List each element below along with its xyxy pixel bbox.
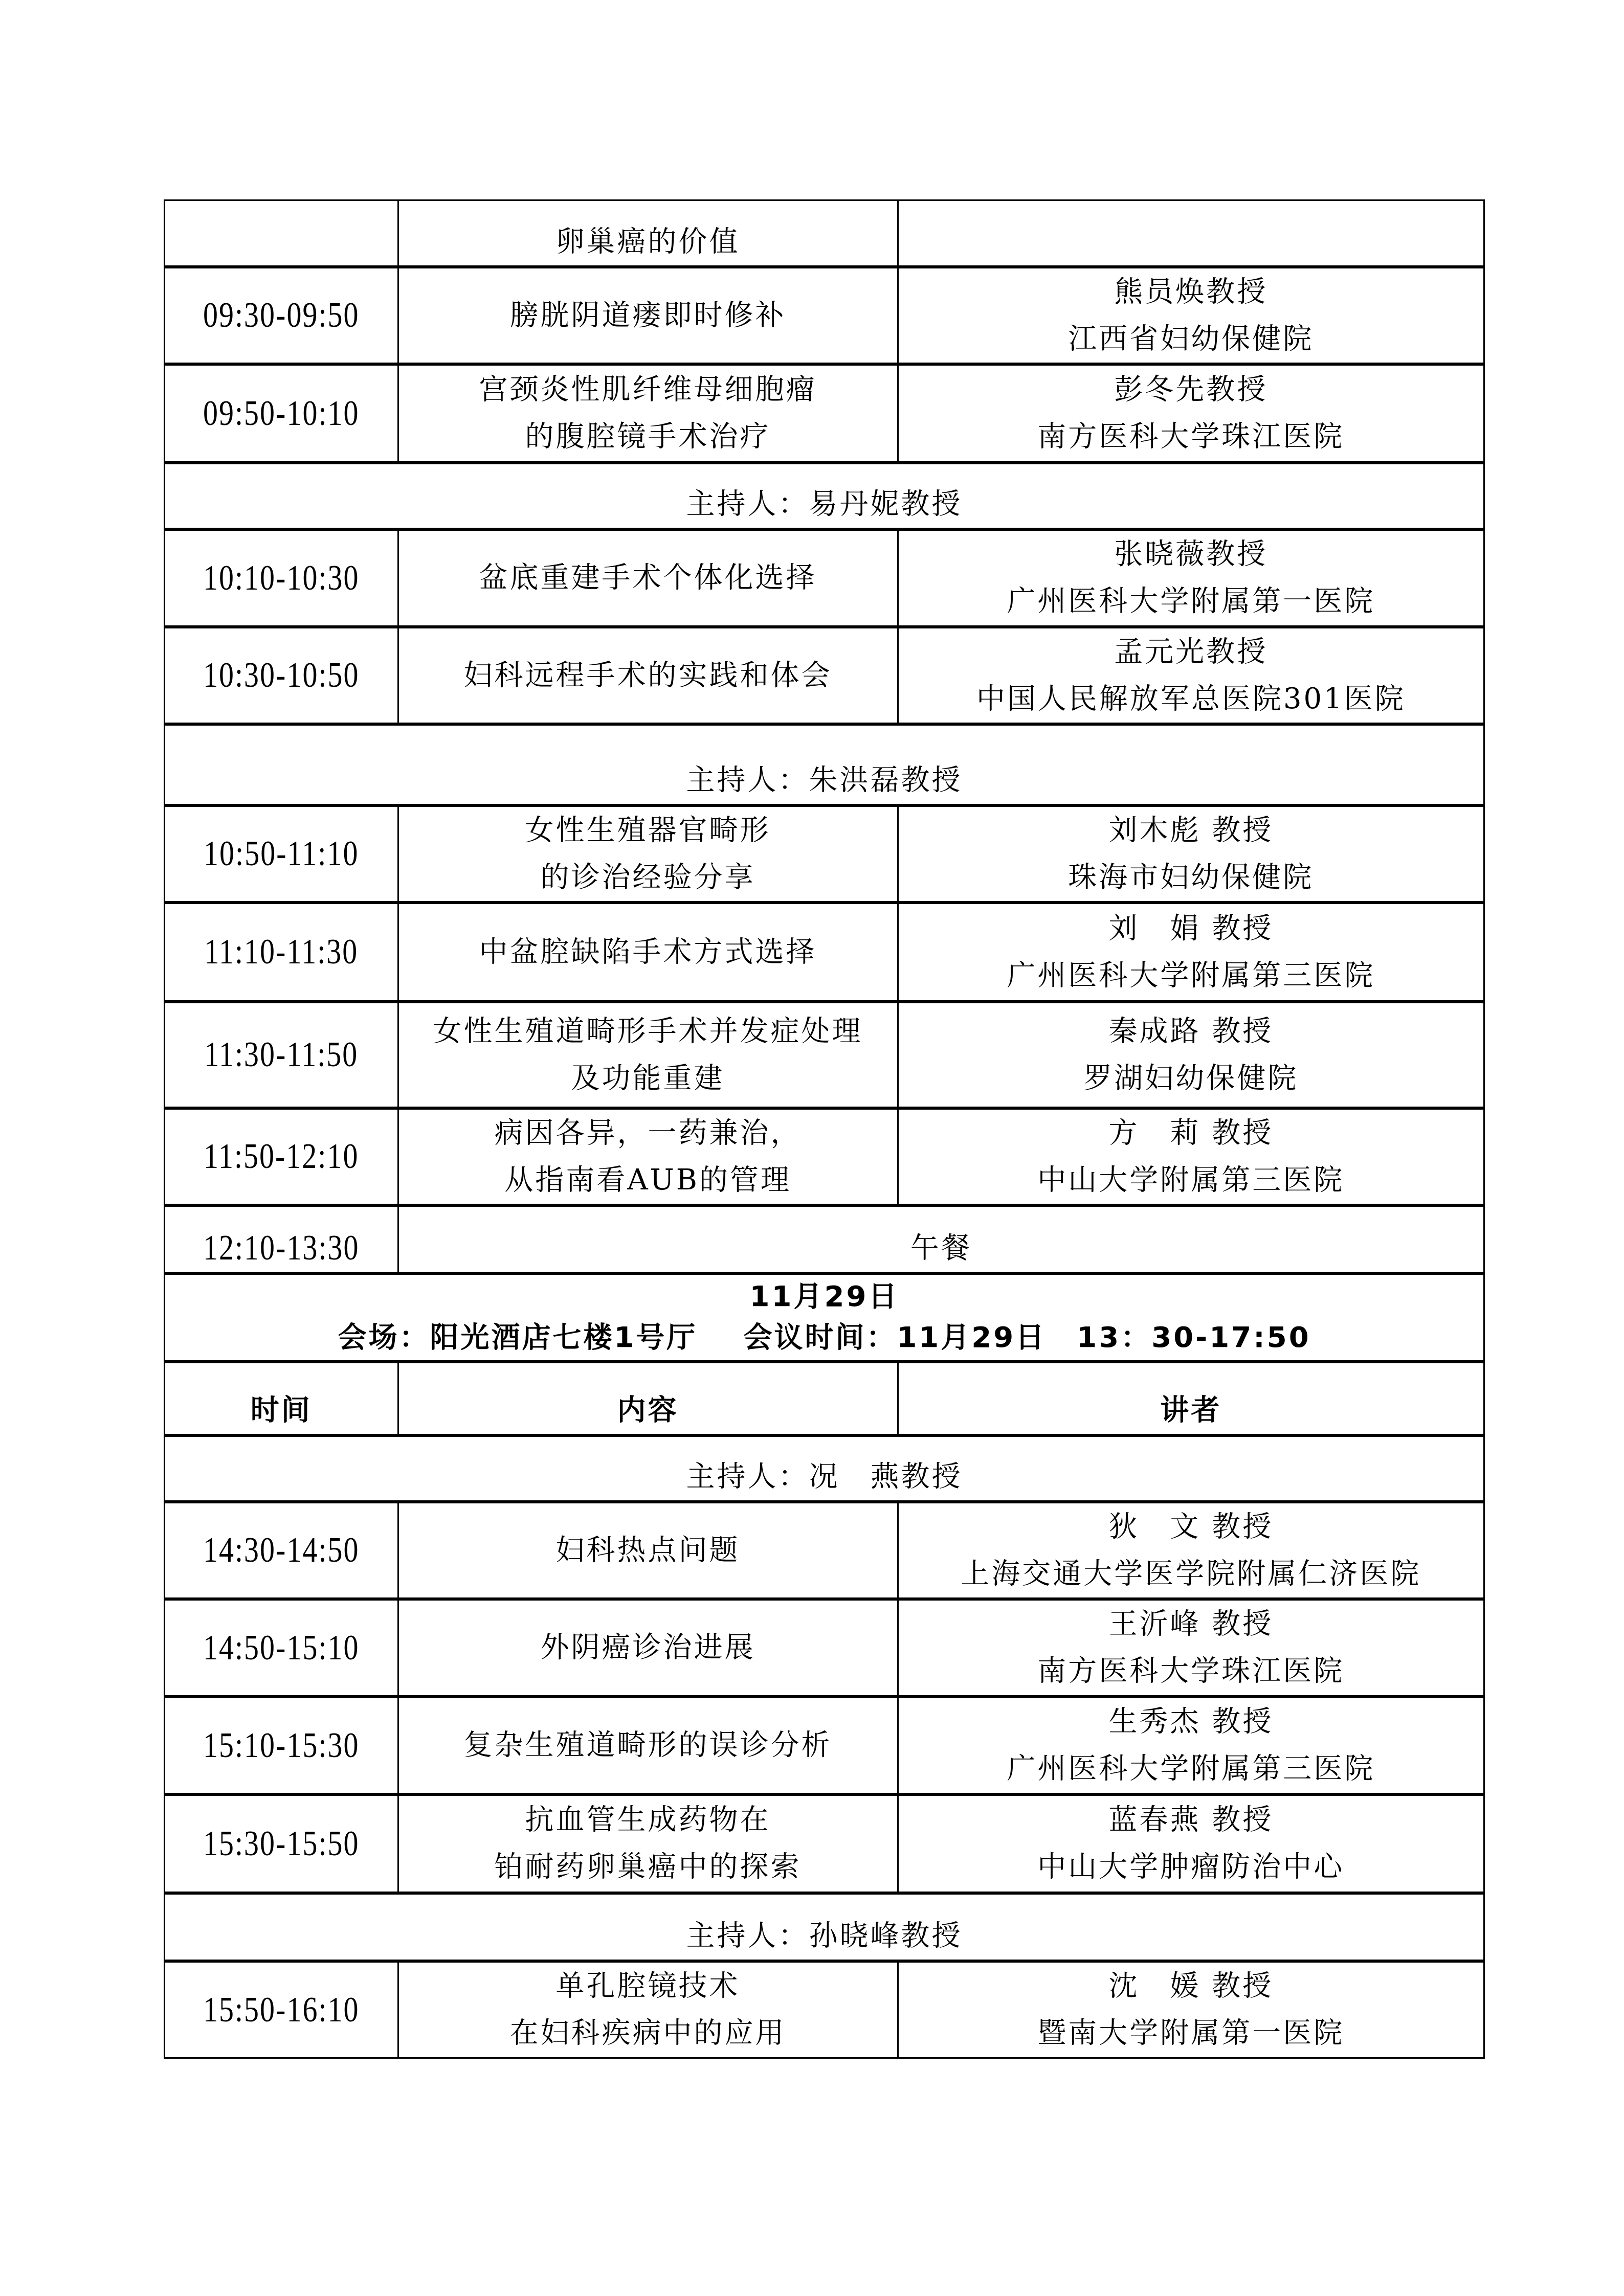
topic-text: 宫颈炎性肌纤维母细胞瘤 <box>399 366 897 413</box>
lunch-label: 午餐 <box>910 1231 972 1265</box>
speaker-name: 熊员焕教授 <box>899 268 1483 316</box>
speaker-affiliation: 中山大学肿瘤防治中心 <box>899 1843 1483 1890</box>
table-row: 15:10-15:30 复杂生殖道畸形的误诊分析 生秀杰 教授广州医科大学附属第… <box>165 1697 1484 1794</box>
speaker-name: 孟元光教授 <box>899 628 1483 676</box>
table-row: 11:10-11:30 中盆腔缺陷手术方式选择 刘 娟 教授广州医科大学附属第三… <box>165 903 1484 1002</box>
topic-cell: 复杂生殖道畸形的误诊分析 <box>398 1697 898 1794</box>
topic-text: 妇科远程手术的实践和体会 <box>399 652 897 699</box>
speaker-name: 刘木彪 教授 <box>899 807 1483 854</box>
speaker-affiliation: 广州医科大学附属第三医院 <box>899 1745 1483 1792</box>
speaker-cell: 生秀杰 教授广州医科大学附属第三医院 <box>898 1697 1484 1794</box>
speaker-affiliation: 南方医科大学珠江医院 <box>899 413 1483 460</box>
time-text: 15:30-15:50 <box>203 1815 360 1871</box>
column-header-label: 内容 <box>617 1393 679 1427</box>
chair-cell: 主持人：易丹妮教授 <box>165 463 1484 529</box>
time-text: 09:50-10:10 <box>203 385 360 441</box>
topic-text: 妇科热点问题 <box>399 1527 897 1574</box>
table-row: 09:50-10:10 宫颈炎性肌纤维母细胞瘤的腹腔镜手术治疗 彭冬先教授南方医… <box>165 364 1484 463</box>
time-cell: 11:30-11:50 <box>165 1002 398 1108</box>
speaker-cell <box>898 200 1484 267</box>
table-row: 10:50-11:10 女性生殖器官畸形的诊治经验分享 刘木彪 教授珠海市妇幼保… <box>165 805 1484 903</box>
topic-text: 从指南看AUB的管理 <box>399 1157 897 1204</box>
table-row: 11:30-11:50 女性生殖道畸形手术并发症处理及功能重建 秦成路 教授罗湖… <box>165 1002 1484 1108</box>
time-text: 14:30-14:50 <box>203 1522 360 1578</box>
topic-text: 单孔腔镜技术 <box>399 1963 897 2010</box>
topic-cell: 妇科热点问题 <box>398 1502 898 1599</box>
speaker-affiliation: 罗湖妇幼保健院 <box>899 1055 1483 1102</box>
venue-label: 会场：阳光酒店七楼1号厅 <box>338 1321 697 1354</box>
topic-text: 复杂生殖道畸形的误诊分析 <box>399 1722 897 1769</box>
speaker-cell: 方 莉 教授中山大学附属第三医院 <box>898 1108 1484 1205</box>
topic-text: 病因各异，一药兼治， <box>399 1110 897 1157</box>
speaker-affiliation: 珠海市妇幼保健院 <box>899 854 1483 901</box>
column-header-speaker: 讲者 <box>898 1362 1484 1435</box>
column-header-time: 时间 <box>165 1362 398 1435</box>
chair-row: 主持人：易丹妮教授 <box>165 463 1484 529</box>
topic-cell: 抗血管生成药物在铂耐药卵巢癌中的探索 <box>398 1794 898 1893</box>
topic-text: 女性生殖器官畸形 <box>399 807 897 854</box>
table-row: 14:50-15:10 外阴癌诊治进展 王沂峰 教授南方医科大学珠江医院 <box>165 1599 1484 1697</box>
speaker-name: 刘 娟 教授 <box>899 905 1483 952</box>
speaker-name: 王沂峰 教授 <box>899 1601 1483 1648</box>
chair-row: 主持人：朱洪磊教授 <box>165 724 1484 805</box>
session-chair: 主持人：况 燕教授 <box>686 1460 963 1493</box>
column-header-row: 时间 内容 讲者 <box>165 1362 1484 1435</box>
speaker-cell: 熊员焕教授江西省妇幼保健院 <box>898 267 1484 364</box>
topic-text: 外阴癌诊治进展 <box>399 1624 897 1671</box>
table-row: 10:10-10:30 盆底重建手术个体化选择 张晓薇教授广州医科大学附属第一医… <box>165 529 1484 627</box>
topic-text: 在妇科疾病中的应用 <box>399 2010 897 2057</box>
time-text: 09:30-09:50 <box>203 287 360 343</box>
time-text: 11:10-11:30 <box>204 924 358 980</box>
day-header-row: 11月29日 会场：阳光酒店七楼1号厅会议时间：11月29日 13：30-17:… <box>165 1273 1484 1362</box>
time-cell: 10:50-11:10 <box>165 805 398 903</box>
time-text: 12:10-13:30 <box>203 1219 360 1275</box>
column-header-label: 时间 <box>251 1393 312 1427</box>
topic-text: 女性生殖道畸形手术并发症处理 <box>399 1008 897 1055</box>
speaker-cell: 王沂峰 教授南方医科大学珠江医院 <box>898 1599 1484 1697</box>
speaker-affiliation: 中国人民解放军总医院301医院 <box>899 676 1483 723</box>
session-chair: 主持人：孙晓峰教授 <box>686 1919 963 1952</box>
time-cell: 11:10-11:30 <box>165 903 398 1002</box>
speaker-name: 生秀杰 教授 <box>899 1698 1483 1745</box>
speaker-affiliation: 中山大学附属第三医院 <box>899 1157 1483 1204</box>
lunch-cell: 午餐 <box>398 1205 1484 1273</box>
time-cell <box>165 200 398 267</box>
table-row: 15:30-15:50 抗血管生成药物在铂耐药卵巢癌中的探索 蓝春燕 教授中山大… <box>165 1794 1484 1893</box>
speaker-affiliation: 广州医科大学附属第三医院 <box>899 952 1483 999</box>
table-row: 14:30-14:50 妇科热点问题 狄 文 教授上海交通大学医学院附属仁济医院 <box>165 1502 1484 1599</box>
table-row: 10:30-10:50 妇科远程手术的实践和体会 孟元光教授中国人民解放军总医院… <box>165 627 1484 724</box>
time-text: 14:50-15:10 <box>203 1619 360 1675</box>
topic-text: 及功能重建 <box>399 1055 897 1102</box>
speaker-affiliation: 江西省妇幼保健院 <box>899 316 1483 363</box>
topic-cell: 妇科远程手术的实践和体会 <box>398 627 898 724</box>
time-cell: 15:10-15:30 <box>165 1697 398 1794</box>
schedule-table: 卵巢癌的价值 09:30-09:50 膀胱阴道瘘即时修补 熊员焕教授江西省妇幼保… <box>164 199 1485 2059</box>
speaker-cell: 蓝春燕 教授中山大学肿瘤防治中心 <box>898 1794 1484 1893</box>
time-cell: 14:30-14:50 <box>165 1502 398 1599</box>
speaker-name: 秦成路 教授 <box>899 1008 1483 1055</box>
topic-cell: 单孔腔镜技术在妇科疾病中的应用 <box>398 1961 898 2058</box>
speaker-name: 张晓薇教授 <box>899 531 1483 578</box>
topic-text: 铂耐药卵巢癌中的探索 <box>399 1843 897 1890</box>
time-cell: 09:30-09:50 <box>165 267 398 364</box>
speaker-cell: 孟元光教授中国人民解放军总医院301医院 <box>898 627 1484 724</box>
speaker-cell: 狄 文 教授上海交通大学医学院附属仁济医院 <box>898 1502 1484 1599</box>
chair-row: 主持人：况 燕教授 <box>165 1435 1484 1502</box>
time-cell: 09:50-10:10 <box>165 364 398 463</box>
speaker-name: 彭冬先教授 <box>899 366 1483 413</box>
session-time-label: 会议时间：11月29日 13：30-17:50 <box>743 1321 1310 1354</box>
session-chair: 主持人：易丹妮教授 <box>686 487 963 521</box>
speaker-cell: 刘 娟 教授广州医科大学附属第三医院 <box>898 903 1484 1002</box>
speaker-cell: 秦成路 教授罗湖妇幼保健院 <box>898 1002 1484 1108</box>
column-header-content: 内容 <box>398 1362 898 1435</box>
session-chair: 主持人：朱洪磊教授 <box>686 763 963 797</box>
time-cell: 12:10-13:30 <box>165 1205 398 1273</box>
speaker-affiliation: 南方医科大学珠江医院 <box>899 1648 1483 1695</box>
time-text: 15:10-15:30 <box>203 1717 360 1773</box>
chair-row: 主持人：孙晓峰教授 <box>165 1893 1484 1961</box>
table-row: 卵巢癌的价值 <box>165 200 1484 267</box>
topic-text: 的腹腔镜手术治疗 <box>399 413 897 460</box>
speaker-name: 狄 文 教授 <box>899 1503 1483 1550</box>
topic-cell: 膀胱阴道瘘即时修补 <box>398 267 898 364</box>
topic-text: 的诊治经验分享 <box>399 854 897 901</box>
topic-cell: 女性生殖道畸形手术并发症处理及功能重建 <box>398 1002 898 1108</box>
time-cell: 15:50-16:10 <box>165 1961 398 2058</box>
day-date: 11月29日 <box>165 1276 1483 1317</box>
topic-cell: 卵巢癌的价值 <box>398 200 898 267</box>
time-text: 10:10-10:30 <box>203 549 360 605</box>
topic-cell: 病因各异，一药兼治，从指南看AUB的管理 <box>398 1108 898 1205</box>
speaker-affiliation: 暨南大学附属第一医院 <box>899 2010 1483 2057</box>
speaker-affiliation: 上海交通大学医学院附属仁济医院 <box>899 1550 1483 1597</box>
time-text: 11:50-12:10 <box>204 1128 359 1184</box>
time-cell: 11:50-12:10 <box>165 1108 398 1205</box>
time-text: 10:50-11:10 <box>204 825 359 882</box>
table-row: 11:50-12:10 病因各异，一药兼治，从指南看AUB的管理 方 莉 教授中… <box>165 1108 1484 1205</box>
speaker-affiliation: 广州医科大学附属第一医院 <box>899 578 1483 625</box>
chair-cell: 主持人：朱洪磊教授 <box>165 724 1484 805</box>
speaker-cell: 沈 媛 教授暨南大学附属第一医院 <box>898 1961 1484 2058</box>
time-text: 10:30-10:50 <box>203 647 360 703</box>
day-header-cell: 11月29日 会场：阳光酒店七楼1号厅会议时间：11月29日 13：30-17:… <box>165 1273 1484 1362</box>
time-text: 11:30-11:50 <box>204 1026 358 1083</box>
table-row: 15:50-16:10 单孔腔镜技术在妇科疾病中的应用 沈 媛 教授暨南大学附属… <box>165 1961 1484 2058</box>
speaker-name: 沈 媛 教授 <box>899 1963 1483 2010</box>
chair-cell: 主持人：况 燕教授 <box>165 1435 1484 1502</box>
topic-text: 盆底重建手术个体化选择 <box>399 554 897 601</box>
topic-text: 中盆腔缺陷手术方式选择 <box>399 929 897 976</box>
speaker-name: 蓝春燕 教授 <box>899 1796 1483 1843</box>
speaker-cell: 张晓薇教授广州医科大学附属第一医院 <box>898 529 1484 627</box>
chair-cell: 主持人：孙晓峰教授 <box>165 1893 1484 1961</box>
time-text: 15:50-16:10 <box>203 1982 360 2038</box>
topic-cell: 女性生殖器官畸形的诊治经验分享 <box>398 805 898 903</box>
speaker-cell: 刘木彪 教授珠海市妇幼保健院 <box>898 805 1484 903</box>
topic-cell: 盆底重建手术个体化选择 <box>398 529 898 627</box>
time-cell: 15:30-15:50 <box>165 1794 398 1893</box>
topic-text: 卵巢癌的价值 <box>399 218 897 265</box>
topic-cell: 宫颈炎性肌纤维母细胞瘤的腹腔镜手术治疗 <box>398 364 898 463</box>
topic-text: 膀胱阴道瘘即时修补 <box>399 292 897 339</box>
time-cell: 10:30-10:50 <box>165 627 398 724</box>
time-cell: 10:10-10:30 <box>165 529 398 627</box>
topic-cell: 外阴癌诊治进展 <box>398 1599 898 1697</box>
time-cell: 14:50-15:10 <box>165 1599 398 1697</box>
column-header-label: 讲者 <box>1160 1393 1221 1427</box>
speaker-name: 方 莉 教授 <box>899 1110 1483 1157</box>
lunch-row: 12:10-13:30 午餐 <box>165 1205 1484 1273</box>
speaker-cell: 彭冬先教授南方医科大学珠江医院 <box>898 364 1484 463</box>
table-row: 09:30-09:50 膀胱阴道瘘即时修补 熊员焕教授江西省妇幼保健院 <box>165 267 1484 364</box>
topic-cell: 中盆腔缺陷手术方式选择 <box>398 903 898 1002</box>
topic-text: 抗血管生成药物在 <box>399 1796 897 1843</box>
